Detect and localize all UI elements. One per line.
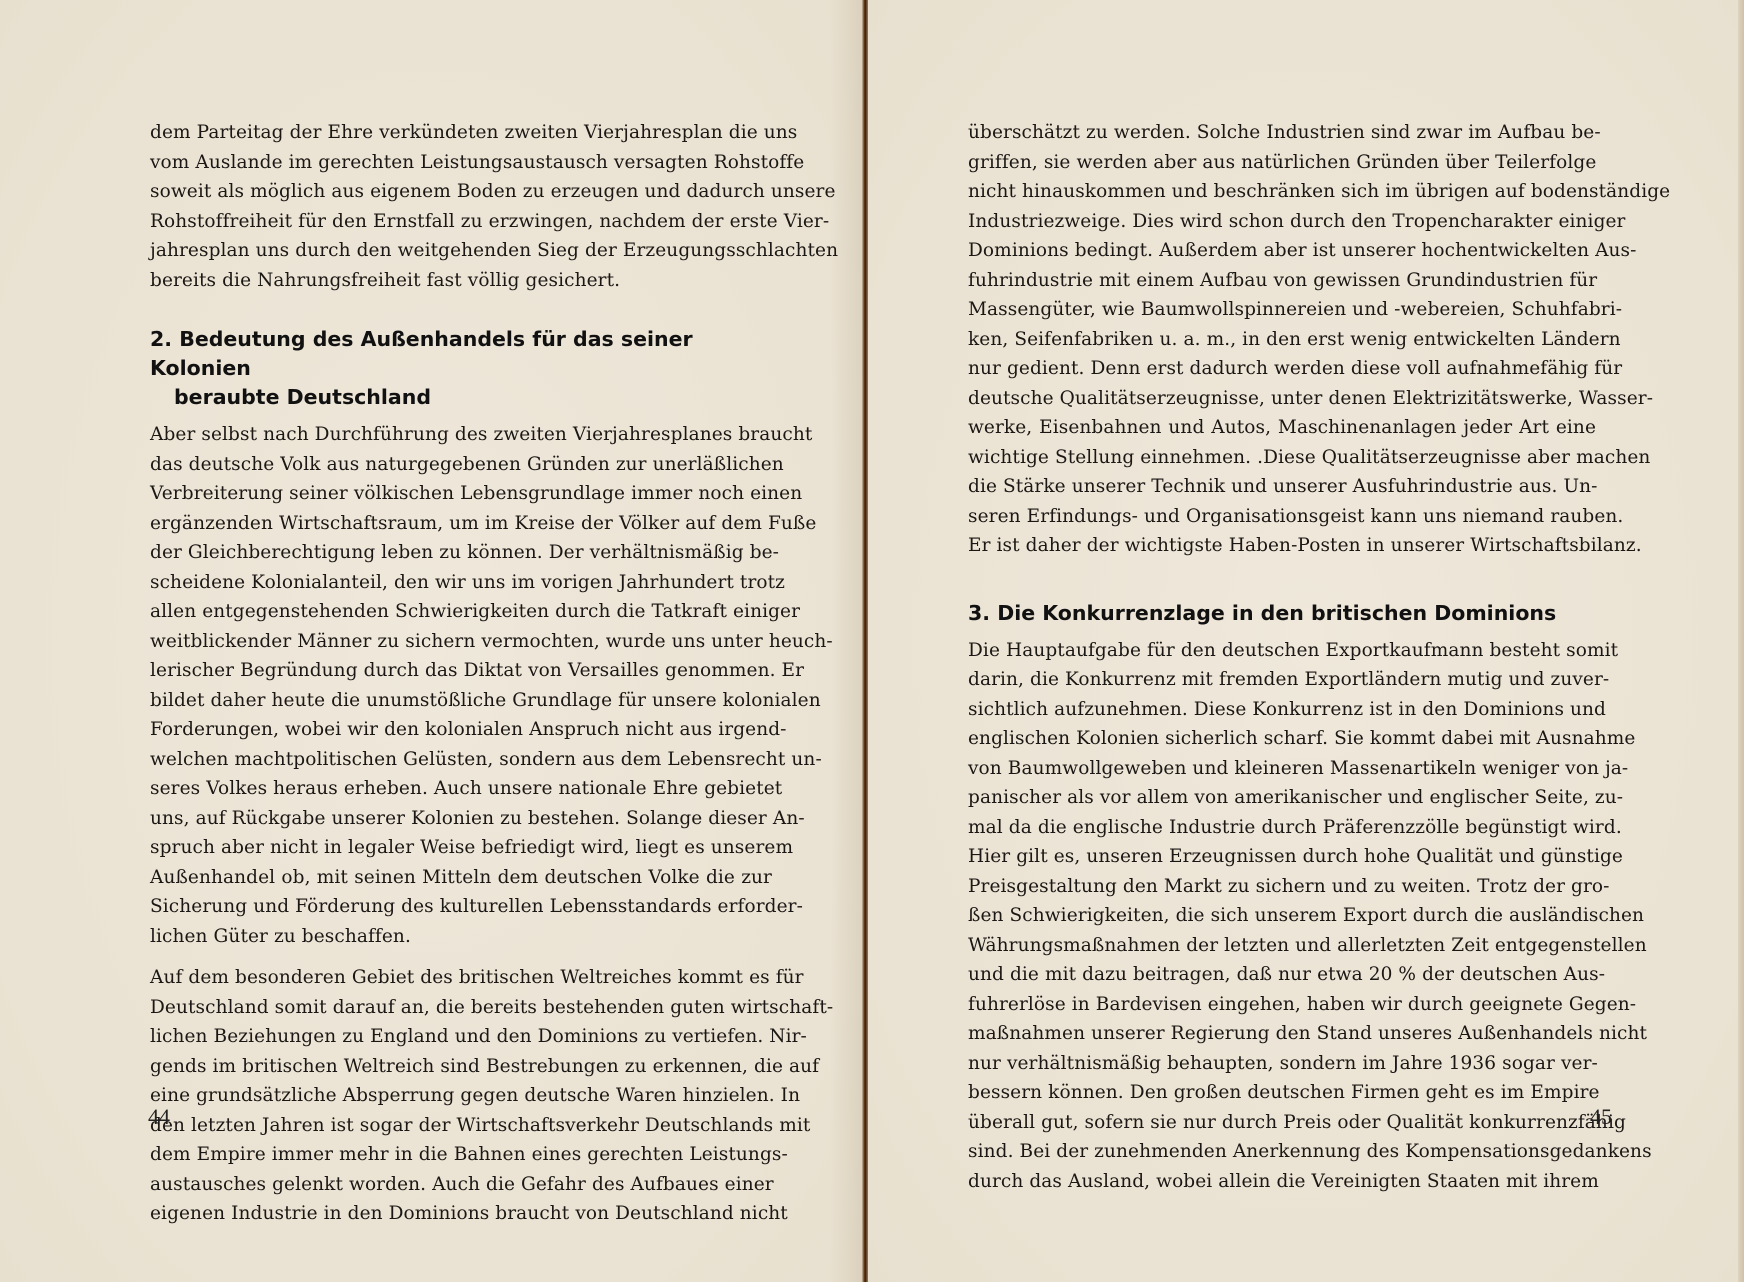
text-line: Dominions bedingt. Außerdem aber ist uns… [968, 236, 1596, 266]
text-line: Aber selbst nach Durchführung des zweite… [150, 420, 772, 450]
text-line: vom Auslande im gerechten Leistungsausta… [150, 148, 772, 178]
text-line: Massengüter, wie Baumwollspinnereien und… [968, 295, 1596, 325]
text-line: sind. Bei der zunehmenden Anerkennung de… [968, 1137, 1596, 1167]
text-line: dem Empire immer mehr in die Bahnen eine… [150, 1140, 772, 1170]
text-line: spruch aber nicht in legaler Weise befri… [150, 833, 772, 863]
heading-line: 3. Die Konkurrenzlage in den britischen … [968, 601, 1556, 625]
left-page-text: dem Parteitag der Ehre verkündeten zweit… [150, 118, 772, 1229]
text-line: bereits die Nahrungsfreiheit fast völlig… [150, 266, 772, 296]
text-line: Verbreiterung seiner völkischen Lebensgr… [150, 479, 772, 509]
text-line: überall gut, sofern sie nur durch Preis … [968, 1108, 1596, 1138]
text-line: Deutschland somit darauf an, die bereits… [150, 993, 772, 1023]
page-number: 45 [1590, 1104, 1612, 1130]
left-paragraph-2: Aber selbst nach Durchführung des zweite… [150, 420, 772, 951]
text-line: dem Parteitag der Ehre verkündeten zweit… [150, 118, 772, 148]
text-line: maßnahmen unserer Regierung den Stand un… [968, 1019, 1596, 1049]
text-line: fuhrindustrie mit einem Aufbau von gewis… [968, 266, 1596, 296]
section-heading-3: 3. Die Konkurrenzlage in den britischen … [968, 599, 1596, 628]
text-line: panischer als vor allem von amerikanisch… [968, 783, 1596, 813]
text-line: weitblickender Männer zu sichern vermoch… [150, 627, 772, 657]
text-line: nur verhältnismäßig behaupten, sondern i… [968, 1049, 1596, 1079]
text-line: griffen, sie werden aber aus natürlichen… [968, 148, 1596, 178]
text-line: bildet daher heute die unumstößliche Gru… [150, 686, 772, 716]
gutter-shadow [830, 0, 862, 1282]
text-line: lichen Güter zu beschaffen. [150, 922, 772, 952]
text-line: Rohstoffreiheit für den Ernstfall zu erz… [150, 207, 772, 237]
text-line: bessern können. Den großen deutschen Fir… [968, 1078, 1596, 1108]
text-line: Sicherung und Förderung des kulturellen … [150, 892, 772, 922]
text-line: überschätzt zu werden. Solche Industrien… [968, 118, 1596, 148]
text-line: lerischer Begründung durch das Diktat vo… [150, 656, 772, 686]
text-line: seres Volkes heraus erheben. Auch unsere… [150, 774, 772, 804]
text-line: uns, auf Rückgabe unserer Kolonien zu be… [150, 804, 772, 834]
text-line: darin, die Konkurrenz mit fremden Export… [968, 665, 1596, 695]
text-line: deutsche Qualitätserzeugnisse, unter den… [968, 384, 1596, 414]
right-page: überschätzt zu werden. Solche Industrien… [868, 0, 1744, 1282]
text-line: und die mit dazu beitragen, daß nur etwa… [968, 960, 1596, 990]
paragraph-gap [150, 951, 772, 963]
text-line: nicht hinauskommen und beschränken sich … [968, 177, 1596, 207]
text-line: englischen Kolonien sicherlich scharf. S… [968, 724, 1596, 754]
text-line: lichen Beziehungen zu England und den Do… [150, 1022, 772, 1052]
text-line: fuhrerlöse in Bardevisen eingehen, haben… [968, 990, 1596, 1020]
page-edge [1738, 0, 1744, 1282]
text-line: Hier gilt es, unseren Erzeugnissen durch… [968, 842, 1596, 872]
text-line: Industriezweige. Dies wird schon durch d… [968, 207, 1596, 237]
heading-line: beraubte Deutschland [150, 383, 772, 412]
text-line: seren Erfindungs- und Organisationsgeist… [968, 502, 1596, 532]
left-paragraph-3: Auf dem besonderen Gebiet des britischen… [150, 963, 772, 1229]
text-line: Er ist daher der wichtigste Haben-Posten… [968, 531, 1596, 561]
text-line: von Baumwollgeweben und kleineren Massen… [968, 754, 1596, 784]
section-heading-2: 2. Bedeutung des Außenhandels für das se… [150, 325, 772, 412]
right-page-text: überschätzt zu werden. Solche Industrien… [968, 118, 1596, 1196]
heading-line: 2. Bedeutung des Außenhandels für das se… [150, 327, 693, 380]
text-line: Preisgestaltung den Markt zu sichern und… [968, 872, 1596, 902]
text-line: ßen Schwierigkeiten, die sich unserem Ex… [968, 901, 1596, 931]
text-line: Forderungen, wobei wir den kolonialen An… [150, 715, 772, 745]
text-line: Die Hauptaufgabe für den deutschen Expor… [968, 636, 1596, 666]
text-line: allen entgegenstehenden Schwierigkeiten … [150, 597, 772, 627]
text-line: gends im britischen Weltreich sind Bestr… [150, 1052, 772, 1082]
text-line: die Stärke unserer Technik und unserer A… [968, 472, 1596, 502]
right-paragraph-2: Die Hauptaufgabe für den deutschen Expor… [968, 636, 1596, 1197]
text-line: Auf dem besonderen Gebiet des britischen… [150, 963, 772, 993]
text-line: eine grundsätzliche Absperrung gegen deu… [150, 1081, 772, 1111]
book-spread: dem Parteitag der Ehre verkündeten zweit… [0, 0, 1744, 1282]
text-line: welchen machtpolitischen Gelüsten, sonde… [150, 745, 772, 775]
text-line: durch das Ausland, wobei allein die Vere… [968, 1167, 1596, 1197]
text-line: Währungsmaßnahmen der letzten und allerl… [968, 931, 1596, 961]
text-line: das deutsche Volk aus naturgegebenen Grü… [150, 450, 772, 480]
page-number: 44 [148, 1104, 170, 1130]
text-line: den letzten Jahren ist sogar der Wirtsch… [150, 1111, 772, 1141]
text-line: mal da die englische Industrie durch Prä… [968, 813, 1596, 843]
text-line: austausches gelenkt worden. Auch die Gef… [150, 1170, 772, 1200]
text-line: sichtlich aufzunehmen. Diese Konkurrenz … [968, 695, 1596, 725]
text-line: ken, Seifenfabriken u. a. m., in den ers… [968, 325, 1596, 355]
text-line: soweit als möglich aus eigenem Boden zu … [150, 177, 772, 207]
text-line: werke, Eisenbahnen und Autos, Maschinena… [968, 413, 1596, 443]
text-line: ergänzenden Wirtschaftsraum, um im Kreis… [150, 509, 772, 539]
text-line: der Gleichberechtigung leben zu können. … [150, 538, 772, 568]
right-paragraph-1: überschätzt zu werden. Solche Industrien… [968, 118, 1596, 561]
text-line: scheidene Kolonialanteil, den wir uns im… [150, 568, 772, 598]
text-line: eigenen Industrie in den Dominions brauc… [150, 1199, 772, 1229]
text-line: nur gedient. Denn erst dadurch werden di… [968, 354, 1596, 384]
left-paragraph-1: dem Parteitag der Ehre verkündeten zweit… [150, 118, 772, 295]
left-page: dem Parteitag der Ehre verkündeten zweit… [0, 0, 862, 1282]
text-line: wichtige Stellung einnehmen. .Diese Qual… [968, 443, 1596, 473]
text-line: jahresplan uns durch den weitgehenden Si… [150, 236, 772, 266]
text-line: Außenhandel ob, mit seinen Mitteln dem d… [150, 863, 772, 893]
